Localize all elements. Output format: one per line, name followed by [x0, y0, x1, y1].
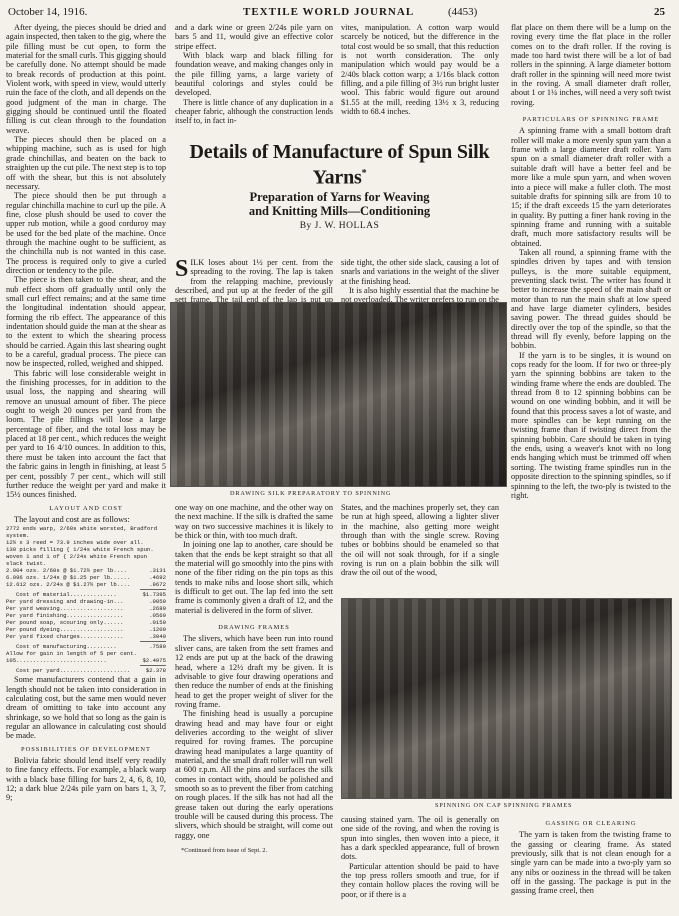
paragraph: The piece is then taken to the shear, an… [6, 275, 166, 368]
paragraph: and a dark wine or green 2/24s pile yarn… [175, 23, 333, 51]
article-title: Details of Manufacture of Spun Silk Yarn… [172, 141, 507, 189]
paragraph: If the yarn is to be singles, it is woun… [511, 351, 671, 501]
paragraph: one way on one machine, and the other wa… [175, 503, 333, 540]
cost-total: Cost per yard.....................$2.378 [6, 667, 166, 674]
paragraph: Particular attention should be paid to h… [341, 862, 499, 899]
publication-title: TEXTILE WORLD JOURNAL [243, 6, 414, 18]
photo-cap-spinning [341, 598, 672, 799]
spec-line: 130 picks filling { 1/24s white French s… [6, 546, 166, 567]
column-4-bottom: GASSING OR CLEARING The yarn is taken fr… [511, 815, 671, 896]
cost-row: Per yard finishing..................0560 [6, 612, 166, 619]
divider [140, 589, 166, 590]
paragraph: In joining one lap to another, care shou… [175, 540, 333, 615]
divider [140, 665, 166, 666]
byline: By J. W. HOLLAS [172, 221, 507, 231]
paragraph: The yarn is taken from the twisting fram… [511, 830, 671, 895]
drop-cap: S [175, 259, 188, 279]
cost-row: 12.612 ozs. 2/24s @ $1.27½ per lb.....96… [6, 581, 166, 588]
photo-drawing-silk [170, 302, 507, 487]
footnote-mark: * [362, 168, 367, 179]
photo-caption: SPINNING ON CAP SPINNING FRAMES [435, 802, 572, 809]
paragraph: The pieces should then be placed on a wh… [6, 135, 166, 191]
article-subtitle-1: Preparation of Yarns for Weaving [172, 190, 507, 204]
spec-line: 12½ x 3 reed = 73.9 inches wide over all… [6, 539, 166, 546]
cost-allowance: Allow for gain in length of 5 per cent. … [6, 650, 166, 664]
paragraph: The slivers, which have been run into ro… [175, 634, 333, 709]
cost-row: Per yard dressing and drawing-in....0050 [6, 598, 166, 605]
article-subtitle-2: and Knitting Mills—Conditioning [172, 204, 507, 218]
column-1: After dyeing, the pieces should be dried… [6, 23, 166, 803]
column-4: flat place on them there will be a lump … [511, 23, 671, 500]
paragraph: vites, manipulation. A cotton warp would… [341, 23, 499, 116]
divider [140, 641, 166, 642]
cost-row: 2.904 ozs. 2/60s @ $1.72½ per lb.....313… [6, 567, 166, 574]
page-number: 25 [654, 6, 665, 18]
cost-row: Per pound soap, scouring only.......0150 [6, 619, 166, 626]
paragraph: The finishing head is usually a porcupin… [175, 709, 333, 840]
paragraph: A spinning frame with a small bottom dra… [511, 126, 671, 247]
paragraph: causing stained yarn. The oil is general… [341, 815, 499, 862]
column-3-bottom: causing stained yarn. The oil is general… [341, 815, 499, 899]
issue-number: (4453) [448, 6, 477, 18]
paragraph: Taken all round, a spinning frame with t… [511, 248, 671, 351]
paragraph: The layout and cost are as follows: [6, 515, 166, 524]
spec-line: 2772 ends warp, 2/60s white worsted, Bra… [6, 525, 166, 539]
column-2-lower: one way on one machine, and the other wa… [175, 503, 333, 855]
section-heading: GASSING OR CLEARING [511, 819, 671, 828]
article-headline: Details of Manufacture of Spun Silk Yarn… [172, 141, 507, 231]
paragraph: This fabric will lose considerable weigh… [6, 369, 166, 500]
section-heading: DRAWING FRAMES [175, 623, 333, 632]
section-heading: LAYOUT AND COST [6, 504, 166, 513]
column-3-top: vites, manipulation. A cotton warp would… [341, 23, 499, 116]
column-3-lower: States, and the machines properly set, t… [341, 503, 499, 578]
issue-date: October 14, 1916. [8, 6, 87, 18]
page-header: October 14, 1916. TEXTILE WORLD JOURNAL … [8, 4, 671, 20]
cost-row: Per yard fixed charges..............3040 [6, 633, 166, 640]
cost-row: 6.096 ozs. 1/24s @ $1.25 per lb.......46… [6, 574, 166, 581]
paragraph: Some manufacturers contend that a gain i… [6, 675, 166, 740]
cost-subtotal: Cost of material..............$1.7395 [6, 591, 166, 598]
cost-row: Per pound dyeing....................1200 [6, 626, 166, 633]
paragraph: States, and the machines properly set, t… [341, 503, 499, 578]
paragraph: The piece should then be put through a r… [6, 191, 166, 275]
section-heading: PARTICULARS OF SPINNING FRAME [511, 115, 671, 124]
paragraph: Bolivia fabric should lend itself very r… [6, 756, 166, 803]
photo-caption: DRAWING SILK PREPARATORY TO SPINNING [230, 490, 391, 497]
paragraph: side tight, the other side slack, causin… [341, 258, 499, 286]
column-2-top: and a dark wine or green 2/24s pile yarn… [175, 23, 333, 126]
paragraph: With black warp and black filling for fo… [175, 51, 333, 98]
paragraph: After dyeing, the pieces should be dried… [6, 23, 166, 135]
section-heading: POSSIBILITIES OF DEVELOPMENT [6, 745, 166, 754]
paragraph: There is little chance of any duplicatio… [175, 98, 333, 126]
paragraph: flat place on them there will be a lump … [511, 23, 671, 107]
cost-subtotal: Cost of manufacturing..........7580 [6, 643, 166, 650]
cost-table: 2772 ends warp, 2/60s white worsted, Bra… [6, 525, 166, 674]
footnote: *Continued from issue of Sept. 2. [175, 846, 333, 855]
cost-row: Per yard weaving....................2680 [6, 605, 166, 612]
